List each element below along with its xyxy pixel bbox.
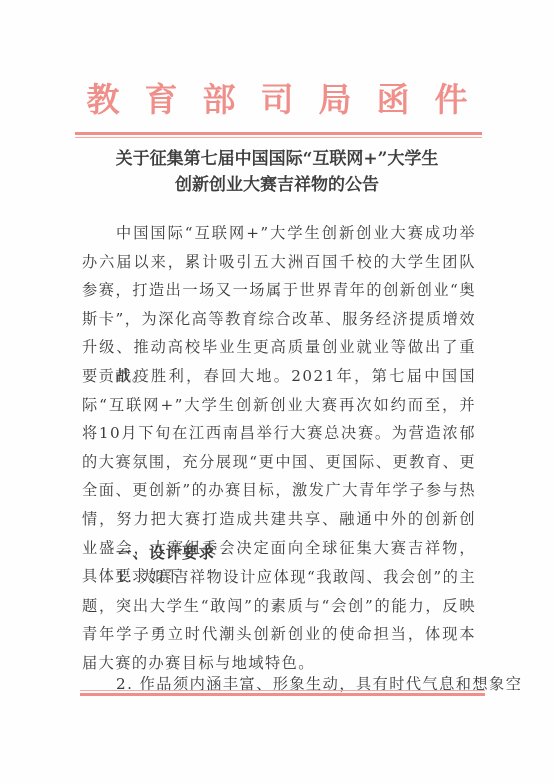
masthead-issuer: 教育部司局函件 [0,80,554,120]
document-title-line2: 创新创业大赛吉祥物的公告 [0,172,554,198]
header-rule-thick [75,132,482,135]
document-page: 教育部司局函件 关于征集第七届中国国际“互联网+”大学生 创新创业大赛吉祥物的公… [0,0,554,784]
header-rule-thin [75,137,482,138]
section-heading-design-requirements: 一、设计要求 [116,541,215,565]
footer-rule-thin [80,690,485,691]
document-title-line1: 关于征集第七届中国国际“互联网+”大学生 [0,146,554,172]
footer-rule-thick [80,693,485,696]
requirement-item-1: 1. 大赛吉祥物设计应体现“我敢闯、我会创”的主题，突出大学生“敢闯”的素质与“… [82,563,476,677]
